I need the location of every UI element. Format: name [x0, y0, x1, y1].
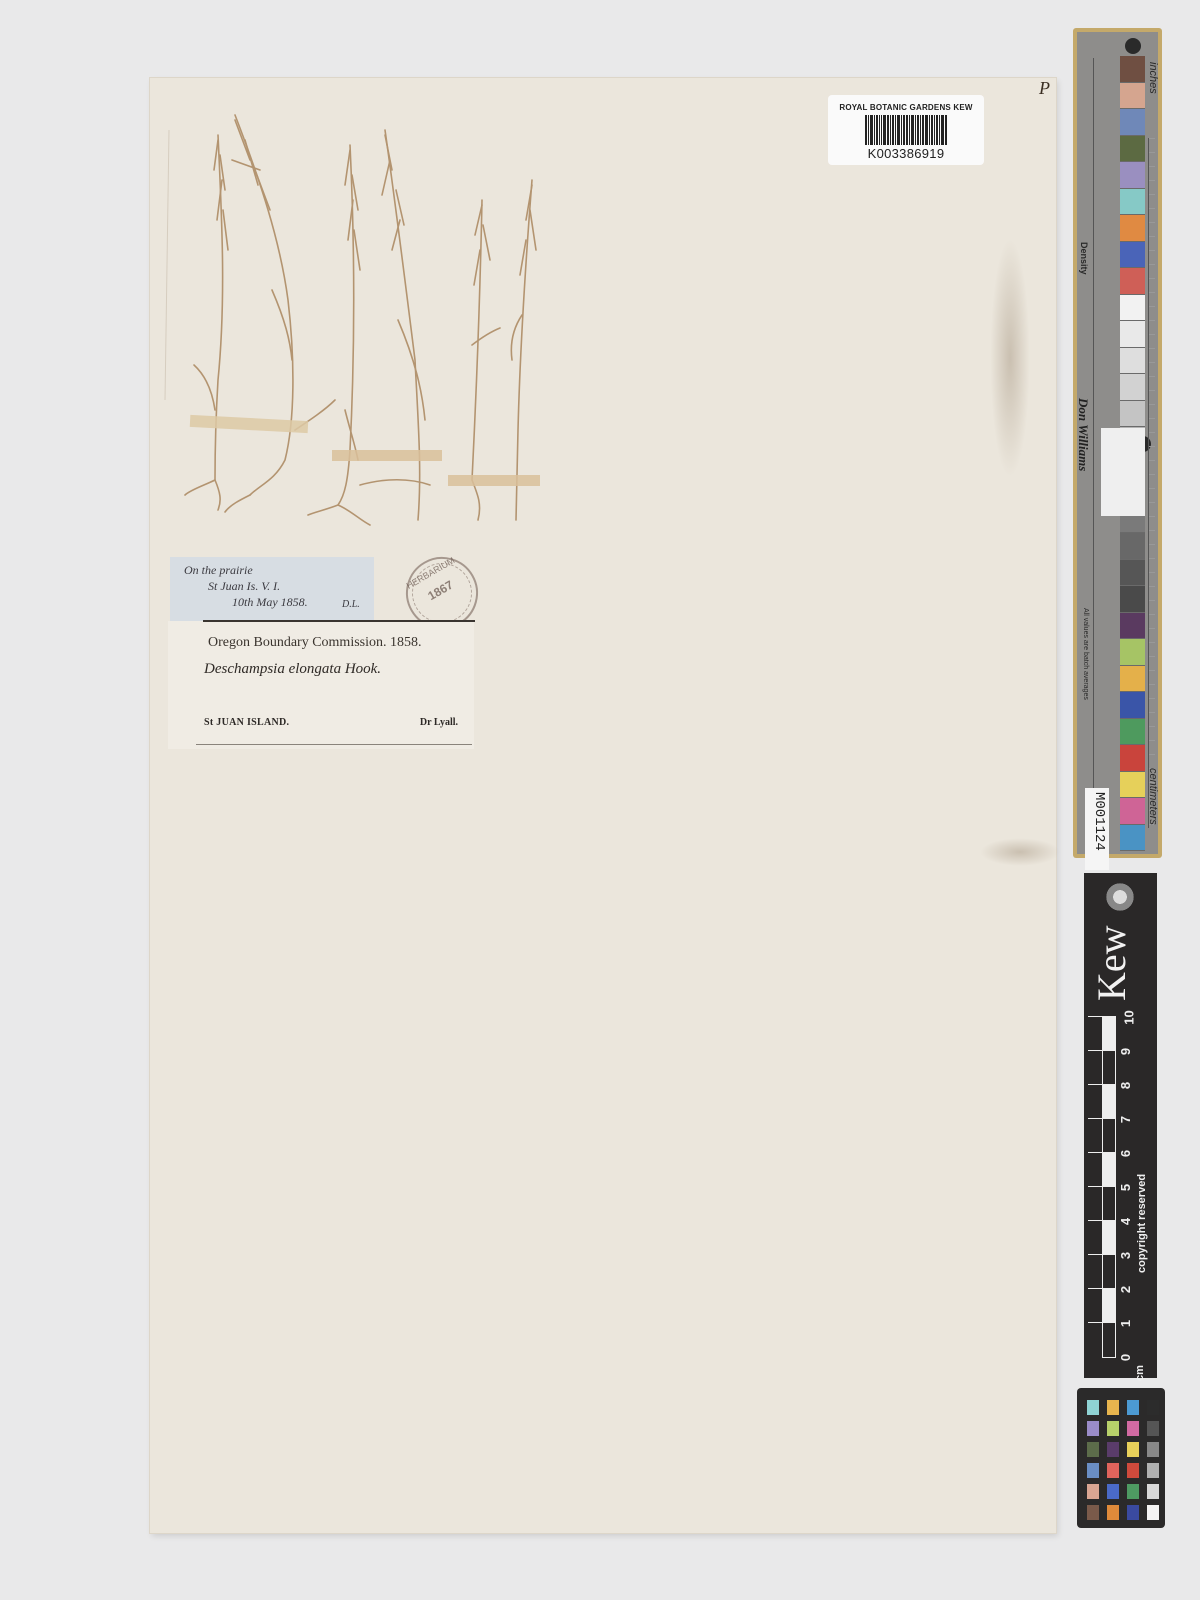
collector-initials: D.L. [342, 599, 360, 610]
kew-wordmark: Kew [1088, 925, 1135, 1001]
foxing-stain [980, 838, 1060, 866]
scale-segment [1088, 1322, 1102, 1356]
commission-heading: Oregon Boundary Commission. 1858. [208, 635, 422, 651]
scale-segment [1088, 1050, 1102, 1084]
checker-swatch [1127, 1463, 1139, 1478]
kew-crest-icon [1104, 881, 1136, 913]
target-chart [1101, 428, 1145, 516]
cm-tick-label: 9 [1118, 1048, 1133, 1055]
color-patch [1120, 162, 1145, 189]
scale-segment [1088, 1254, 1102, 1288]
corner-annotation: P [1039, 78, 1050, 99]
cm-scale [1088, 1016, 1116, 1358]
cm-tick-label: 1 [1118, 1320, 1133, 1327]
scale-segment [1088, 1016, 1102, 1050]
kew-scale-bar: Kew 012345678910 copyright reserved cm [1084, 873, 1157, 1378]
checker-swatch [1127, 1421, 1139, 1436]
locality-text: St Juan Is. V. I. [208, 579, 280, 594]
species-name: Deschampsia elongata Hook. [204, 661, 381, 678]
color-patch [1120, 639, 1145, 666]
color-patch [1120, 136, 1145, 163]
checker-swatch [1107, 1484, 1119, 1499]
scale-segment [1102, 1152, 1116, 1188]
brand-logo: Don Williams [1075, 398, 1091, 471]
copyright-notice: copyright reserved [1136, 1174, 1148, 1273]
cm-tick-label: 4 [1118, 1218, 1133, 1225]
checker-swatch [1087, 1505, 1099, 1520]
checker-swatch [1087, 1400, 1099, 1415]
cm-tick-label: 0 [1118, 1354, 1133, 1361]
checker-swatch [1087, 1484, 1099, 1499]
checker-swatch [1107, 1505, 1119, 1520]
checker-swatch [1147, 1463, 1159, 1478]
color-patch [1120, 83, 1145, 110]
collection-date: 10th May 1858. [232, 595, 308, 610]
color-patch [1120, 374, 1145, 401]
checker-swatch [1127, 1442, 1139, 1457]
color-patch [1120, 666, 1145, 693]
habitat-text: On the prairie [184, 563, 253, 578]
checker-swatch [1087, 1463, 1099, 1478]
batch-footnote: All values are batch averages [1082, 608, 1089, 700]
scale-segment [1102, 1220, 1116, 1256]
checker-swatch [1087, 1421, 1099, 1436]
institution-name: ROYAL BOTANIC GARDENS KEW [828, 103, 984, 112]
color-patch [1120, 348, 1145, 375]
checker-swatch [1147, 1442, 1159, 1457]
checker-swatch [1147, 1421, 1159, 1436]
scale-segment [1088, 1186, 1102, 1220]
catalog-id-label: M001124 [1085, 788, 1109, 870]
cm-tick-label: 7 [1118, 1116, 1133, 1123]
scale-segment [1102, 1050, 1116, 1086]
barcode-label: ROYAL BOTANIC GARDENS KEW K003386919 [828, 95, 984, 165]
color-patch [1120, 533, 1145, 560]
locality-name: St JUAN ISLAND. [204, 717, 289, 728]
color-calibration-strip: inches centimeters Density All values ar… [1073, 28, 1162, 858]
scale-segment [1102, 1118, 1116, 1154]
unit-label: cm [1134, 1365, 1146, 1381]
label-divider [203, 620, 475, 622]
cm-tick-label: 6 [1118, 1150, 1133, 1157]
foxing-stain [990, 238, 1030, 478]
cm-tick-label: 8 [1118, 1082, 1133, 1089]
color-patch [1120, 772, 1145, 799]
checker-swatch [1107, 1421, 1119, 1436]
scale-segment [1088, 1084, 1102, 1118]
color-patch [1120, 692, 1145, 719]
color-patch [1120, 268, 1145, 295]
units-centimeters: centimeters [1147, 768, 1159, 825]
density-label: Density [1079, 242, 1089, 275]
color-patch [1120, 215, 1145, 242]
color-patch [1120, 295, 1145, 322]
color-patch [1120, 560, 1145, 587]
mount-hole-icon [1125, 38, 1141, 54]
color-patch [1120, 321, 1145, 348]
catalog-id: M001124 [1091, 792, 1107, 851]
scale-segment [1102, 1288, 1116, 1324]
checker-swatch [1147, 1400, 1159, 1415]
cm-tick-label: 10 [1122, 1010, 1137, 1024]
scale-segment [1088, 1152, 1102, 1186]
cm-tick-label: 2 [1118, 1286, 1133, 1293]
color-patch [1120, 798, 1145, 825]
color-patch [1120, 109, 1145, 136]
color-patch [1120, 401, 1145, 428]
collector-name: Dr Lyall. [420, 717, 458, 728]
cm-tick-label: 3 [1118, 1252, 1133, 1259]
checker-swatch [1127, 1400, 1139, 1415]
scale-segment [1102, 1254, 1116, 1290]
color-patch [1120, 586, 1145, 613]
scale-segment [1088, 1118, 1102, 1152]
checker-swatch [1107, 1463, 1119, 1478]
scale-segment [1102, 1016, 1116, 1052]
checker-swatch [1127, 1505, 1139, 1520]
scale-segment [1102, 1186, 1116, 1222]
cm-tick-label: 5 [1118, 1184, 1133, 1191]
grass-specimen-illustration [160, 100, 540, 530]
color-patch [1120, 242, 1145, 269]
color-patch [1120, 719, 1145, 746]
label-divider [196, 744, 472, 745]
color-patch [1120, 189, 1145, 216]
barcode-icon [855, 115, 957, 145]
color-patch [1120, 613, 1145, 640]
scale-segment [1102, 1084, 1116, 1120]
habitat-label: On the prairie St Juan Is. V. I. 10th Ma… [170, 557, 374, 621]
determination-label: Oregon Boundary Commission. 1858. Descha… [168, 621, 474, 749]
checker-swatch [1107, 1400, 1119, 1415]
color-patch [1120, 825, 1145, 852]
units-inches: inches [1147, 62, 1159, 94]
checker-swatch [1127, 1484, 1139, 1499]
checker-swatch [1107, 1442, 1119, 1457]
inch-ruler [1148, 138, 1155, 828]
barcode-number: K003386919 [828, 146, 984, 161]
color-patch [1120, 745, 1145, 772]
scale-segment [1102, 1322, 1116, 1358]
color-checker-card [1077, 1388, 1165, 1528]
checker-swatch [1147, 1505, 1159, 1520]
scale-segment [1088, 1288, 1102, 1322]
color-patch [1120, 56, 1145, 83]
checker-swatch [1087, 1442, 1099, 1457]
scale-segment [1088, 1220, 1102, 1254]
checker-swatch [1147, 1484, 1159, 1499]
